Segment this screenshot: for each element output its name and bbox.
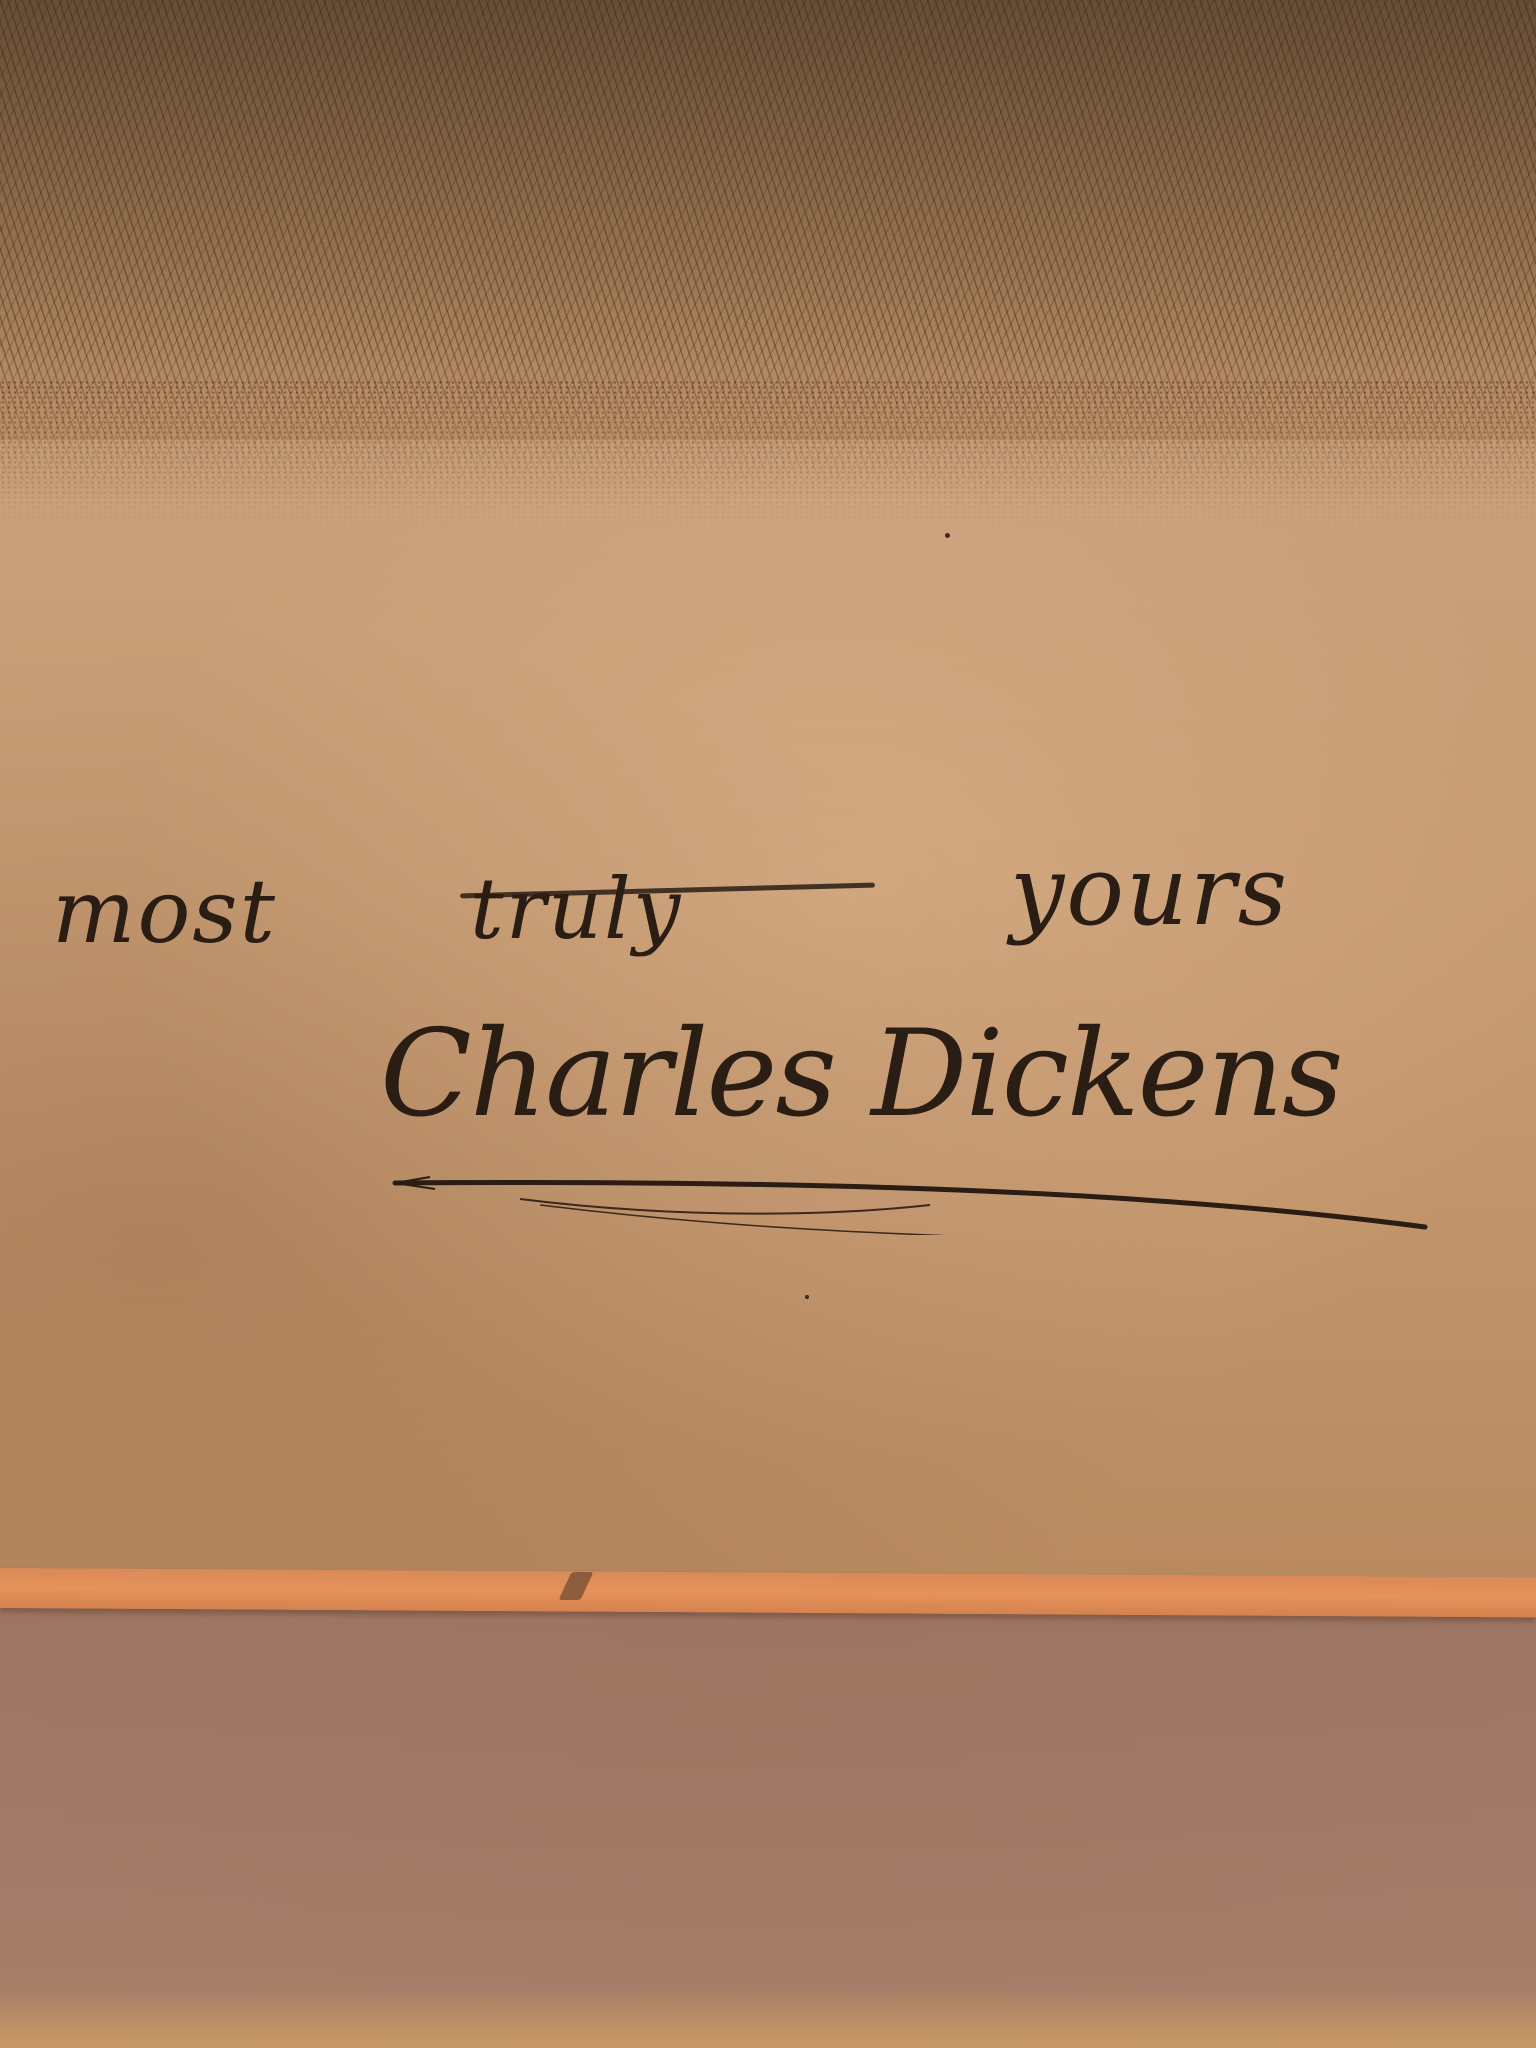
engraving-stipple — [0, 380, 1536, 530]
closing-word-yours: yours — [1010, 835, 1289, 947]
photograph: most truly yours Charles Dickens — [0, 0, 1536, 2048]
paper-speck — [945, 533, 950, 538]
paper-speck — [805, 1295, 809, 1299]
frame-edge-glow — [0, 1990, 1536, 2048]
signature: Charles Dickens — [380, 1005, 1342, 1144]
mat-board — [0, 1606, 1536, 2048]
closing-word-truly: truly — [470, 860, 682, 958]
signature-underline-flourish — [390, 1175, 1430, 1235]
closing-word-most: most — [52, 860, 277, 963]
